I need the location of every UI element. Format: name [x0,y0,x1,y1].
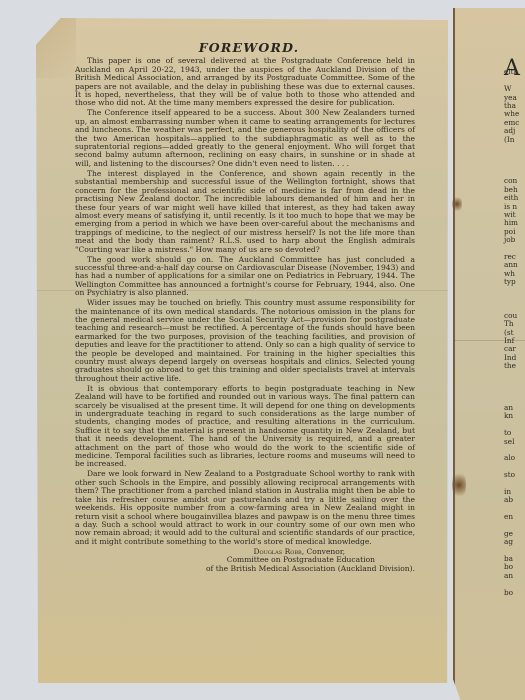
text-fragment [504,379,525,387]
paragraph: Dare we look forward in New Zealand to a… [75,470,415,546]
text-fragment: the [504,362,525,370]
text-fragment [504,295,525,303]
text-fragment: sto [504,471,525,479]
corner-fold [36,18,76,78]
page-title: FOREWORD. [83,44,415,52]
paragraph: The interest displayed in the Conference… [75,170,415,254]
text-fragment: (In [504,136,525,144]
adjacent-page-text: A eith Wyeathawheemcadj(Inconbeheithis n… [504,60,525,597]
text-fragment [504,161,525,169]
text-fragment [504,370,525,378]
text-fragment: kn [504,412,525,420]
binding-stain [452,470,466,500]
text-fragment: typ [504,278,525,286]
paragraph: The Conference itself appeared to be a s… [75,109,415,168]
text-fragment: an [504,572,525,580]
text-fragment [504,387,525,395]
text-fragment: alo [504,454,525,462]
foreword-body: FOREWORD. This paper is one of several d… [75,44,415,573]
signature-block: Douglas Robb, Convenor, Committee on Pos… [75,548,415,573]
text-fragment: sel [504,438,525,446]
text-fragment [504,287,525,295]
paragraph: Wider issues may be touched on briefly. … [75,299,415,383]
binding-stain [452,195,462,213]
paragraph: It is obvious that contemporary efforts … [75,385,415,469]
text-fragment: ag [504,538,525,546]
text-fragment [504,144,525,152]
signature-organization: of the British Medical Association (Auck… [75,565,415,573]
text-fragment: job [504,236,525,244]
text-fragment [504,152,525,160]
paragraph: This paper is one of several delivered a… [75,57,415,107]
paragraph: The good work should go on. The Auckland… [75,256,415,298]
text-fragment: eith [504,68,525,76]
text-fragment: ab [504,496,525,504]
text-fragment: bo [504,589,525,597]
text-fragment: en [504,513,525,521]
